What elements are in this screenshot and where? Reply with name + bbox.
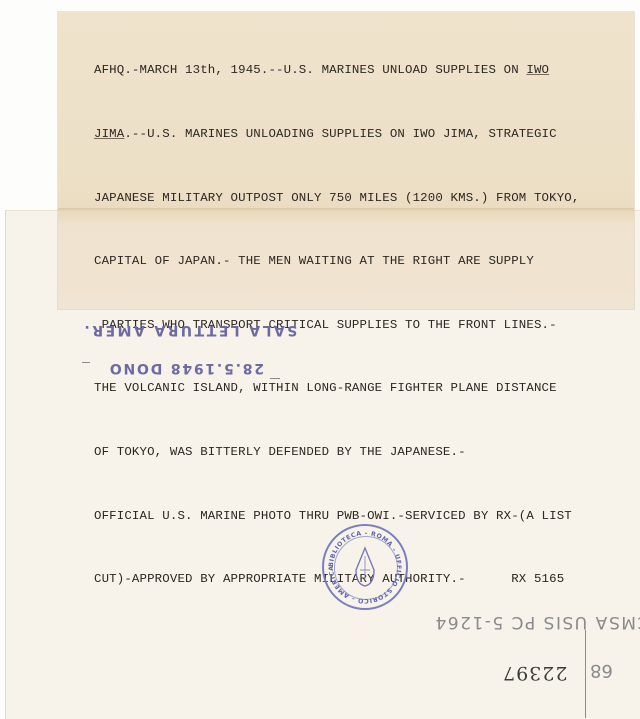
caption-line-4: CAPITAL OF JAPAN.- THE MEN WAITING AT TH…: [94, 251, 634, 272]
pencil-dash: [82, 362, 90, 363]
pencil-divider: [585, 630, 586, 718]
caption-line-3: JAPANESE MILITARY OUTPOST ONLY 750 MILES…: [94, 188, 634, 209]
caption-clipping: AFHQ.-MARCH 13th, 1945.--U.S. MARINES UN…: [58, 12, 634, 309]
library-stamp: SALA LETTURA AMER.: [82, 322, 297, 338]
note-handwriting: 68: [590, 660, 613, 681]
caption-line-1-text: AFHQ.-MARCH 13th, 1945.--U.S. MARINES UN…: [94, 63, 526, 77]
svg-text:BIBLIOTECA - ROMA - UFFICIO ST: BIBLIOTECA - ROMA - UFFICIO STORICO - AM…: [324, 526, 402, 604]
underlined-iwo: IWO: [526, 63, 549, 77]
date-stamp: 28.5.1948 DONO: [108, 360, 264, 376]
library-seal: BIBLIOTECA - ROMA - UFFICIO STORICO - AM…: [322, 524, 408, 610]
caption-line-2: JIMA.--U.S. MARINES UNLOADING SUPPLIES O…: [94, 124, 634, 145]
catalog-handwriting: CMSA USIS PC 5-1264: [434, 612, 640, 632]
caption-line-2-text: .--U.S. MARINES UNLOADING SUPPLIES ON IW…: [124, 127, 556, 141]
caption-line-6: THE VOLCANIC ISLAND, WITHIN LONG-RANGE F…: [94, 378, 634, 399]
inventory-number: 22397: [502, 662, 567, 684]
pencil-dash: [270, 378, 280, 379]
seal-emblem-icon: BIBLIOTECA - ROMA - UFFICIO STORICO - AM…: [324, 526, 406, 608]
caption-line-1: AFHQ.-MARCH 13th, 1945.--U.S. MARINES UN…: [94, 60, 634, 81]
underlined-jima: JIMA: [94, 127, 124, 141]
caption-line-7: OF TOKYO, WAS BITTERLY DEFENDED BY THE J…: [94, 442, 634, 463]
